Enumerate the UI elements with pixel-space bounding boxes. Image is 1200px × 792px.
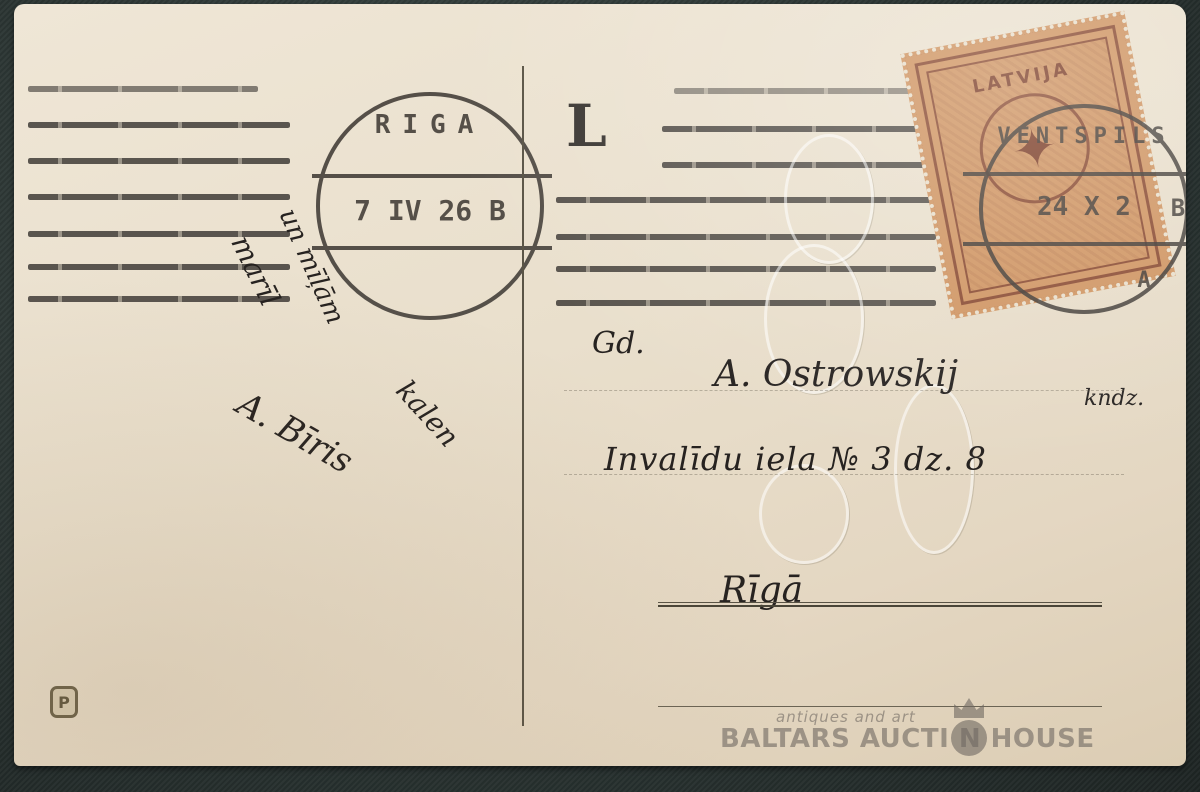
publisher-logo: P [50,686,78,718]
postmark-bottom-letter: A [1043,268,1186,293]
address-underline [658,602,1102,607]
postmark-town: VENTSPILS [983,124,1185,149]
address-guide-line [658,706,1102,707]
cancel-line [556,234,936,240]
cancel-line [28,122,290,128]
cancel-line [556,266,936,272]
postmark-date: 7 IV 26 B [320,194,540,227]
cancel-line [556,300,936,306]
message-line: kalen [389,374,465,453]
address-name: A. Ostrowskij [714,354,958,395]
cancel-line [28,86,258,92]
address-guide-line [564,390,1124,391]
cancel-mark-letter: L [566,92,607,160]
postmark-letter: B [1077,194,1186,222]
cancel-line [556,197,936,203]
center-divider [522,66,524,726]
address-street: Invalīdu iela № 3 dz. 8 [604,440,987,478]
message-line: A. Bīris [230,384,360,482]
globe-icon [951,720,987,756]
cancel-line [28,158,290,164]
address-prefix: Gd. [592,326,645,361]
embossed-ornament [759,464,849,564]
stamp-country: LATVIJA [971,58,1072,97]
postmark-town: RIGA [320,110,540,140]
cancel-line [662,126,942,132]
cancel-line [674,88,944,94]
watermark-title: BALTARS AUCTI N HOUSE [720,724,1095,754]
embossed-ornament [784,134,874,264]
address-guide-line [564,474,1124,475]
cancel-line [28,194,290,200]
postmark-ventspils: VENTSPILS 24 X 2 B A [979,104,1186,314]
postmark-riga: RIGA 7 IV 26 B [316,92,544,320]
postcard: RIGA 7 IV 26 B L LATVIJA ✦ VENTSPILS 24 … [14,4,1186,766]
